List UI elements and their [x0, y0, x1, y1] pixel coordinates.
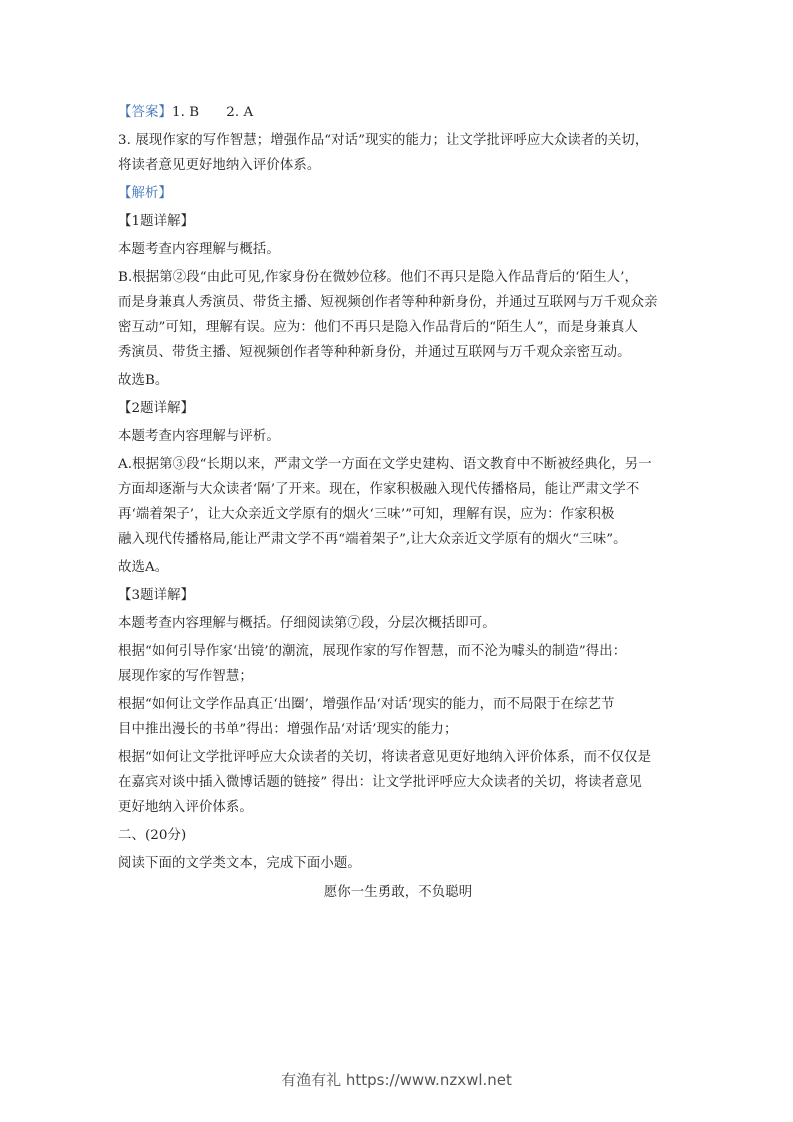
q2-conclusion: 故选A。 — [118, 555, 678, 580]
answer-label: 【答案】 — [118, 105, 172, 120]
analysis-label-text: 【解析】 — [118, 186, 172, 201]
q3-line: 根据“如何让文学批评呼应大众读者的关切，将读者意见更好地纳入评价体系，而不仅仅是 — [118, 745, 678, 770]
q3-heading: 【3题详解】 — [118, 583, 678, 608]
section-2-heading: 二、(20分) — [118, 823, 678, 848]
section-2-instruction: 阅读下面的文学类文本，完成下面小题。 — [118, 851, 678, 876]
q3-line: 根据“如何让文学作品真正‘出圈’，增强作品‘对话’现实的能力，而不局限于在综艺节 — [118, 692, 678, 717]
q3-line: 本题考查内容理解与概括。仔细阅读第⑦段，分层次概括即可。 — [118, 611, 678, 636]
q2-heading: 【2题详解】 — [118, 396, 678, 421]
answers-1-2: 1. B 2. A — [172, 105, 253, 120]
q1-line: 而是身兼真人秀演员、带货主播、短视频创作者等种种新身份，并通过互联网与万千观众亲 — [118, 290, 678, 315]
answer-3-line-1: 3. 展现作家的写作智慧；增强作品“对话”现实的能力；让文学批评呼应大众读者的关… — [118, 128, 678, 153]
q3-line: 展现作家的写作智慧； — [118, 664, 678, 689]
q1-heading: 【1题详解】 — [118, 209, 678, 234]
q3-line: 在嘉宾对谈中插入微博话题的链接” 得出：让文学批评呼应大众读者的关切，将读者意见 — [118, 770, 678, 795]
q2-line: A.根据第③段“长期以来，严肃文学一方面在文学史建构、语文教育中不断被经典化，另… — [118, 452, 678, 477]
q2-line: 融入现代传播格局,能让严肃文学不再“端着架子”,让大众亲近文学原有的烟火“三味”… — [118, 527, 678, 552]
answer-3-line-2: 将读者意见更好地纳入评价体系。 — [118, 153, 678, 178]
analysis-label: 【解析】 — [118, 181, 678, 206]
q3-line: 目中推出漫长的书单”得出：增强作品‘对话’现实的能力； — [118, 717, 678, 742]
q3-line: 更好地纳入评价体系。 — [118, 795, 678, 820]
document-page: 【答案】1. B 2. A 3. 展现作家的写作智慧；增强作品“对话”现实的能力… — [118, 100, 678, 905]
q2-line: 本题考查内容理解与评析。 — [118, 424, 678, 449]
footer-watermark: 有渔有礼 https://www.nzxwl.net — [0, 1069, 793, 1090]
q1-conclusion: 故选B。 — [118, 368, 678, 393]
q3-line: 根据“如何引导作家‘出镜’的潮流，展现作家的写作智慧，而不沦为噱头的制造”得出： — [118, 639, 678, 664]
q1-line: 秀演员、带货主播、短视频创作者等种种新身份，并通过互联网与万千观众亲密互动。 — [118, 340, 678, 365]
q1-line: 密互动”可知，理解有误。应为：他们不再只是隐入作品背后的“陌生人”，而是身兼真人 — [118, 315, 678, 340]
q2-line: 再‘端着架子’，让大众亲近文学原有的烟火‘三味’”可知，理解有误，应为：作家积极 — [118, 502, 678, 527]
article-title: 愿你一生勇敢，不负聪明 — [118, 880, 678, 905]
q1-line: 本题考查内容理解与概括。 — [118, 237, 678, 262]
q2-line: 方面却逐渐与大众读者‘隔’了开来。现在，作家积极融入现代传播格局，能让严肃文学不 — [118, 477, 678, 502]
q1-line: B.根据第②段“由此可见,作家身份在微妙位移。他们不再只是隐入作品背后的‘陌生人… — [118, 265, 678, 290]
answer-row: 【答案】1. B 2. A — [118, 100, 678, 125]
